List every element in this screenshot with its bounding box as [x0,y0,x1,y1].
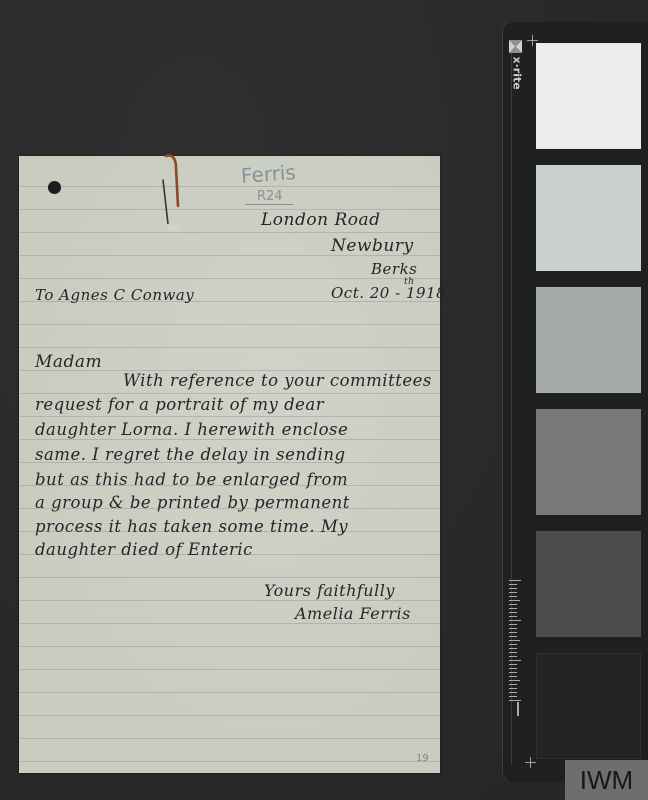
brand-name: x·rite [511,57,524,97]
brand-mark: x·rite [509,40,525,100]
recipient-line: To Agnes C Conway [35,286,194,304]
body-line: a group & be printed by permanent [35,493,350,512]
body-line: With reference to your committees [123,371,432,390]
pencil-annotation-name: Ferris [240,160,296,188]
body-line: daughter Lorna. I herewith enclose [35,420,348,439]
body-line: but as this had to be enlarged from [35,470,348,489]
punch-hole [48,181,61,194]
address-street: London Road [261,210,381,230]
page-number: 19 [416,753,429,764]
body-line: daughter died of Enteric [35,540,253,559]
crosshair-icon [525,757,536,768]
signature: Amelia Ferris [295,604,411,623]
body-line: request for a portrait of my dear [35,395,324,414]
pencil-underline [245,204,293,205]
letter-page: Ferris R24 London Road Newbury Berks th … [19,156,440,773]
iwm-logo-text: IWM [580,765,633,796]
gray-patch-5 [536,531,641,637]
rust-stain-mark [154,154,194,244]
address-town: Newbury [331,236,414,256]
gray-patch-4 [536,409,641,515]
x-rite-logo-icon [509,40,522,53]
gray-patch-1 [536,43,641,149]
letter-date: Oct. 20 - 1918 [331,284,446,302]
pencil-annotation-reference: R24 [257,189,283,204]
gray-patch-3 [536,287,641,393]
address-county: Berks [371,260,417,278]
closing: Yours faithfully [264,581,395,600]
body-line: process it has taken some time. My [35,517,348,536]
salutation: Madam [35,352,102,372]
gray-patch-6 [536,653,641,759]
scale-ruler-icon [509,580,525,718]
gray-patch-2 [536,165,641,271]
iwm-watermark: IWM [565,760,648,800]
body-line: same. I regret the delay in sending [35,445,346,464]
